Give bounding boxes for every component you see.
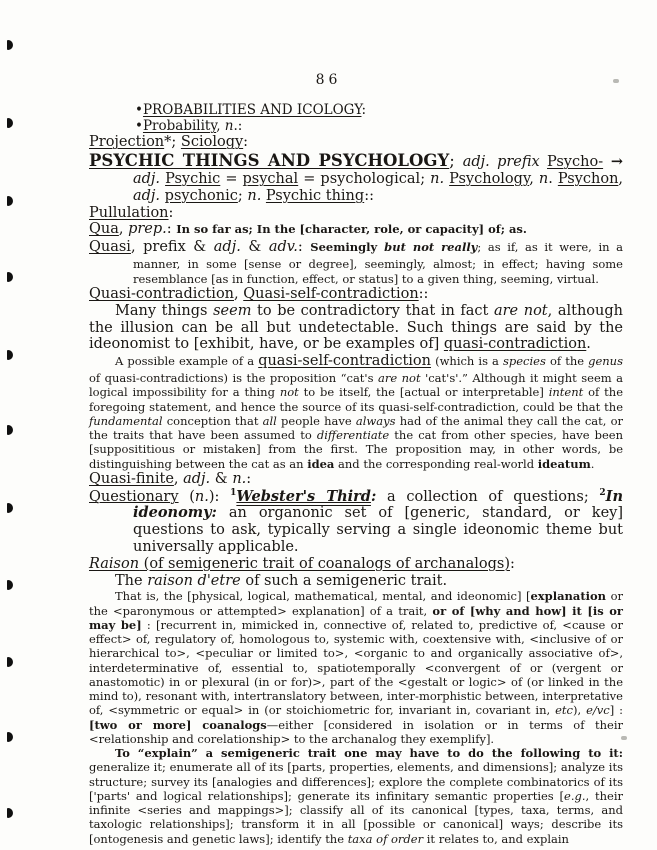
text-run: fundamental (89, 414, 163, 428)
text-run: n. (195, 488, 209, 504)
text-run: → (603, 153, 623, 170)
text-run: Qua (89, 221, 119, 237)
entry-qua: Qua, prep.: In so far as; In the [charac… (89, 221, 623, 239)
text-run: (of semigeneric trait of coanalogs of ar… (139, 556, 510, 572)
text-run: of the (546, 354, 588, 368)
text-run: psychonic (165, 188, 238, 204)
text-run: seem (213, 303, 251, 319)
entry-quasi: Quasi, prefix & adj. & adv.: Seemingly b… (89, 239, 623, 285)
text-run: : (246, 471, 251, 487)
text-run: adj. (214, 239, 241, 255)
text-run: psychal (243, 171, 299, 187)
text-run: Sciology (181, 134, 243, 150)
text-run: taxa of order (348, 832, 423, 846)
text-run: to be itself, the [actual or interpretab… (299, 385, 549, 399)
text-run: not (280, 385, 299, 399)
paragraph-that-is-explanation: That is, the [physical, logical, mathema… (89, 589, 623, 746)
text-run: : (298, 239, 310, 255)
entry-pullulation: Pullulation: (89, 205, 623, 222)
text-run: quasi-contradiction (444, 336, 586, 352)
text-run: ] : (610, 703, 623, 717)
photocopy-speck (613, 79, 619, 83)
entry-quasi-contradiction: Quasi-contradiction, Quasi-self-contradi… (89, 286, 623, 303)
text-run: The (115, 573, 147, 589)
text-run: generalize it; enumerate all of its [par… (89, 760, 623, 803)
text-run: of such a semigeneric trait. (241, 573, 447, 589)
text-run: conception that (163, 414, 263, 428)
bullet-entry-probabilities-and-icology: •PROBABILITIES AND ICOLOGY: (89, 102, 623, 118)
text-run: ): (209, 488, 230, 504)
text-run: : [recurrent in, mimicked in, connective… (89, 618, 623, 718)
page-body: •PROBABILITIES AND ICOLOGY:•Probability,… (89, 102, 623, 846)
text-run: , (119, 221, 128, 237)
text-run: Raison (89, 556, 139, 572)
text-run: Psychic thing (266, 188, 364, 204)
text-run: explanation (530, 589, 606, 603)
entry-quasi-finite: Quasi-finite, adj. & n.: (89, 471, 623, 488)
photocopy-speck (621, 736, 627, 740)
text-run: Quasi-finite (89, 471, 174, 487)
text-run: , prefix & (131, 239, 214, 255)
text-run: = psychological; (298, 171, 430, 187)
text-run: [two or more] coanalogs (89, 718, 267, 732)
page-number: 86 (0, 0, 657, 88)
text-run: In so far as; In the [character, role, o… (176, 222, 527, 236)
text-run: : (510, 556, 515, 572)
text-run: Psychic (165, 171, 220, 187)
entry-questionary: Questionary (n.): 1Webster's Third: a co… (89, 488, 623, 556)
text-run: Quasi-contradiction (89, 286, 234, 302)
text-run: . (591, 457, 595, 471)
text-run: PSYCHIC THINGS AND PSYCHOLOGY (89, 151, 449, 170)
text-run: of quasi-contradictions) is the proposit… (89, 371, 378, 385)
text-run: adj. (133, 188, 165, 204)
text-run: : (167, 221, 177, 237)
text-run: but not really (384, 240, 477, 254)
text-run: n. (232, 471, 246, 487)
entry-psychic-things-and-psychology: PSYCHIC THINGS AND PSYCHOLOGY; adj. pref… (89, 151, 623, 204)
text-run: adj. (183, 471, 210, 487)
text-run: Psycho- (547, 154, 603, 170)
text-run: , (216, 118, 225, 134)
text-run: Quasi (89, 239, 131, 255)
text-run: etc (555, 703, 573, 717)
text-run: adv. (269, 239, 298, 255)
text-run: , (618, 171, 623, 187)
text-run: differentiate (317, 428, 389, 442)
paragraph-to-explain-semigeneric: To “explain” a semigeneric trait one may… (89, 746, 623, 846)
scanned-document-page: 86 •PROBABILITIES AND ICOLOGY:•Probabili… (0, 0, 657, 850)
text-run: PROBABILITIES AND ICOLOGY (143, 102, 362, 118)
text-run: : (361, 102, 366, 118)
text-run: Probability (143, 118, 216, 134)
text-run: Webster's Third (236, 487, 371, 504)
text-run: (which is a (431, 354, 503, 368)
entry-projection-sciology: Projection*; Sciology: (89, 134, 623, 151)
text-run: always (356, 414, 396, 428)
text-run: ideatum (538, 457, 591, 471)
text-run: are not (494, 303, 548, 319)
text-run: adj. (133, 171, 165, 187)
text-run: n (539, 171, 548, 187)
paragraph-raison-detre: The raison d'etre of such a semigeneric … (89, 573, 623, 590)
text-run: ; (449, 151, 462, 170)
text-run: ( (179, 488, 195, 504)
text-run: : (243, 134, 248, 150)
text-run: n. (430, 171, 449, 187)
text-run: Projection (89, 134, 164, 150)
text-run: A possible example of a (115, 354, 258, 368)
text-run: raison d'etre (147, 573, 241, 589)
text-run: it relates to, and explain (423, 832, 569, 846)
text-run: n. (247, 188, 266, 204)
text-run: , (174, 471, 183, 487)
text-run: Pullulation (89, 205, 169, 221)
text-run: & (210, 471, 232, 487)
text-run: are not (378, 371, 421, 385)
text-run: To “explain” a semigeneric trait one may… (115, 746, 623, 760)
text-run: and the corresponding real-world (334, 457, 537, 471)
text-run: . (548, 171, 558, 187)
text-run: all (263, 414, 277, 428)
text-run: prep. (128, 221, 167, 237)
text-run: That is, the [physical, logical, mathema… (115, 589, 530, 603)
text-run: idea (307, 457, 334, 471)
text-run: Psychology (449, 171, 529, 187)
text-run: species (503, 354, 546, 368)
text-run: , (234, 286, 243, 302)
text-run: e.g. (564, 789, 585, 803)
text-run: & (241, 239, 269, 255)
text-run: :: (364, 188, 374, 204)
text-run: = (220, 171, 242, 187)
text-run: : (169, 205, 174, 221)
bullet-entry-probability: •Probability, n.: (89, 118, 623, 134)
text-run: Questionary (89, 488, 179, 504)
text-run: ), (573, 703, 586, 717)
text-run: . (586, 336, 591, 352)
text-run: Psychon (558, 171, 619, 187)
text-run: a collection of questions; (376, 488, 599, 504)
text-run: people have (277, 414, 356, 428)
text-run: genus (588, 354, 623, 368)
text-run: quasi-self-contradiction (258, 353, 431, 369)
text-run: e/vc (586, 703, 610, 717)
text-run: • (135, 102, 143, 118)
text-run: , (529, 171, 539, 187)
text-run: to be contradictory that in fact (251, 303, 494, 319)
entry-raison: Raison (of semigeneric trait of coanalog… (89, 556, 623, 573)
text-run: :: (419, 286, 429, 302)
text-run: .: (233, 118, 242, 134)
text-run: Quasi-self-contradiction (243, 286, 418, 302)
text-run: intent (549, 385, 584, 399)
text-run: *; (164, 134, 181, 150)
text-run: adj. prefix (463, 154, 547, 170)
text-run: ; (238, 188, 248, 204)
text-run: Many things (115, 303, 213, 319)
text-run: Seemingly (310, 240, 384, 254)
text-run: • (135, 118, 143, 134)
paragraph-possible-example: A possible example of a quasi-self-contr… (89, 353, 623, 471)
paragraph-many-things-seem: Many things seem to be contradictory tha… (89, 303, 623, 353)
